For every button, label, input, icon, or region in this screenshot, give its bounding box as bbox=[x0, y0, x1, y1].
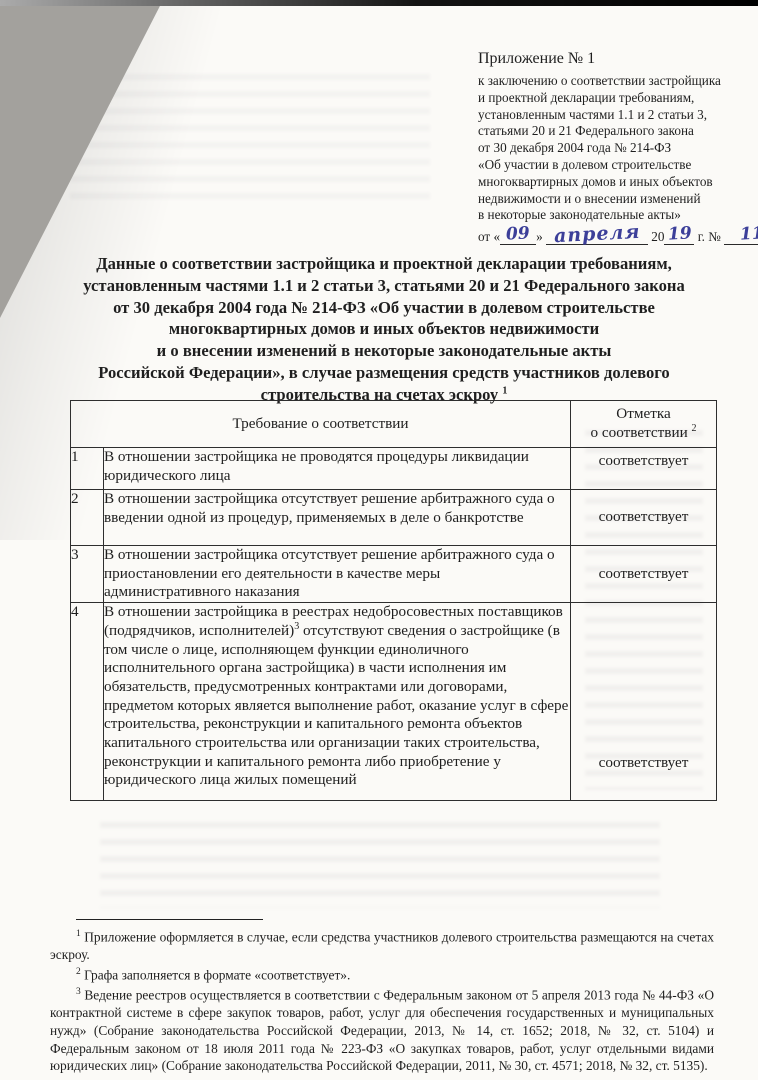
compliance-mark: соответствует bbox=[571, 603, 717, 801]
footnote: 2 Графа заполняется в формате «соответст… bbox=[50, 964, 714, 984]
date-from-label: от « bbox=[478, 229, 500, 244]
appendix-header-line: недвижимости и о внесении изменений bbox=[478, 191, 750, 208]
requirement-text: В отношении застройщика отсутствует реше… bbox=[104, 546, 571, 603]
requirement-text: В отношении застройщика не проводятся пр… bbox=[104, 448, 571, 490]
handwritten-doc-number-field: 11 bbox=[724, 227, 758, 245]
column-header-mark: Отметка о соответствии 2 bbox=[571, 401, 717, 448]
requirement-text: В отношении застройщика в реестрах недоб… bbox=[104, 603, 571, 801]
appendix-header-line: установленным частями 1.1 и 2 статьи 3, bbox=[478, 107, 750, 124]
footnote: 3 Ведение реестров осуществляется в соот… bbox=[50, 984, 714, 1075]
row-number: 2 bbox=[71, 490, 104, 546]
mark-header-line1: Отметка bbox=[571, 405, 716, 424]
date-close-quote: » bbox=[536, 229, 543, 244]
appendix-header-line: и проектной декларации требованиям, bbox=[478, 90, 750, 107]
bleed-through-artifact bbox=[100, 822, 660, 908]
handwritten-doc-number: 11 bbox=[740, 227, 758, 243]
title-line: от 30 декабря 2004 года № 214-ФЗ «Об уча… bbox=[36, 297, 732, 319]
handwritten-month: апреля bbox=[553, 225, 640, 245]
appendix-header-line: «Об участии в долевом строительстве bbox=[478, 157, 750, 174]
requirement-text: В отношении застройщика отсутствует реше… bbox=[104, 490, 571, 546]
bleed-through-artifact bbox=[70, 74, 430, 206]
title-line: установленным частями 1.1 и 2 статьи 3, … bbox=[36, 275, 732, 297]
compliance-mark: соответствует bbox=[571, 546, 717, 603]
mark-header-footnote-ref: 2 bbox=[692, 423, 697, 434]
table-row: 1 В отношении застройщика не проводятся … bbox=[71, 448, 717, 490]
title-line: многоквартирных домов и иных объектов не… bbox=[36, 318, 732, 340]
title-line: Данные о соответствии застройщика и прое… bbox=[36, 253, 732, 275]
appendix-header-line: от 30 декабря 2004 года № 214-ФЗ bbox=[478, 140, 750, 157]
compliance-mark: соответствует bbox=[571, 448, 717, 490]
handwritten-year-field: 19 bbox=[664, 227, 694, 245]
compliance-table: Требование о соответствии Отметка о соот… bbox=[70, 400, 717, 801]
date-year-prefix: 20 bbox=[651, 229, 664, 244]
row-number: 4 bbox=[71, 603, 104, 801]
table-row: 4 В отношении застройщика в реестрах нед… bbox=[71, 603, 717, 801]
title-line: и о внесении изменений в некоторые закон… bbox=[36, 340, 732, 362]
appendix-header-line: статьями 20 и 21 Федерального закона bbox=[478, 123, 750, 140]
handwritten-day: 09 bbox=[506, 227, 530, 243]
handwritten-month-field: апреля bbox=[546, 227, 648, 245]
title-line: Российской Федерации», в случае размещен… bbox=[36, 362, 732, 384]
row-number: 3 bbox=[71, 546, 104, 603]
footnote: 1 Приложение оформляется в случае, если … bbox=[50, 926, 714, 964]
scanned-document-page: Приложение № 1 к заключению о соответств… bbox=[0, 0, 758, 1080]
appendix-header-line: многоквартирных домов и иных объектов bbox=[478, 174, 750, 191]
table-row: 3 В отношении застройщика отсутствует ре… bbox=[71, 546, 717, 603]
appendix-header-block: Приложение № 1 к заключению о соответств… bbox=[478, 50, 750, 245]
table-header-row: Требование о соответствии Отметка о соот… bbox=[71, 401, 717, 448]
scanner-edge-strip bbox=[0, 0, 758, 6]
date-number-label: г. № bbox=[698, 229, 721, 244]
title-footnote-ref: 1 bbox=[502, 385, 507, 396]
appendix-number-title: Приложение № 1 bbox=[478, 50, 750, 68]
document-title: Данные о соответствии застройщика и прое… bbox=[36, 253, 732, 406]
column-header-requirement: Требование о соответствии bbox=[71, 401, 571, 448]
row-number: 1 bbox=[71, 448, 104, 490]
document-date-line: от «09» апреля 2019 г. № 11 bbox=[478, 227, 750, 245]
appendix-header-line: к заключению о соответствии застройщика bbox=[478, 73, 750, 90]
handwritten-day-field: 09 bbox=[500, 227, 536, 245]
mark-header-line2: о соответствии 2 bbox=[571, 424, 716, 443]
footnotes-block: 1 Приложение оформляется в случае, если … bbox=[50, 926, 714, 1075]
handwritten-year: 19 bbox=[667, 227, 691, 243]
compliance-mark: соответствует bbox=[571, 490, 717, 546]
table-row: 2 В отношении застройщика отсутствует ре… bbox=[71, 490, 717, 546]
footnote-separator-line bbox=[76, 919, 263, 920]
